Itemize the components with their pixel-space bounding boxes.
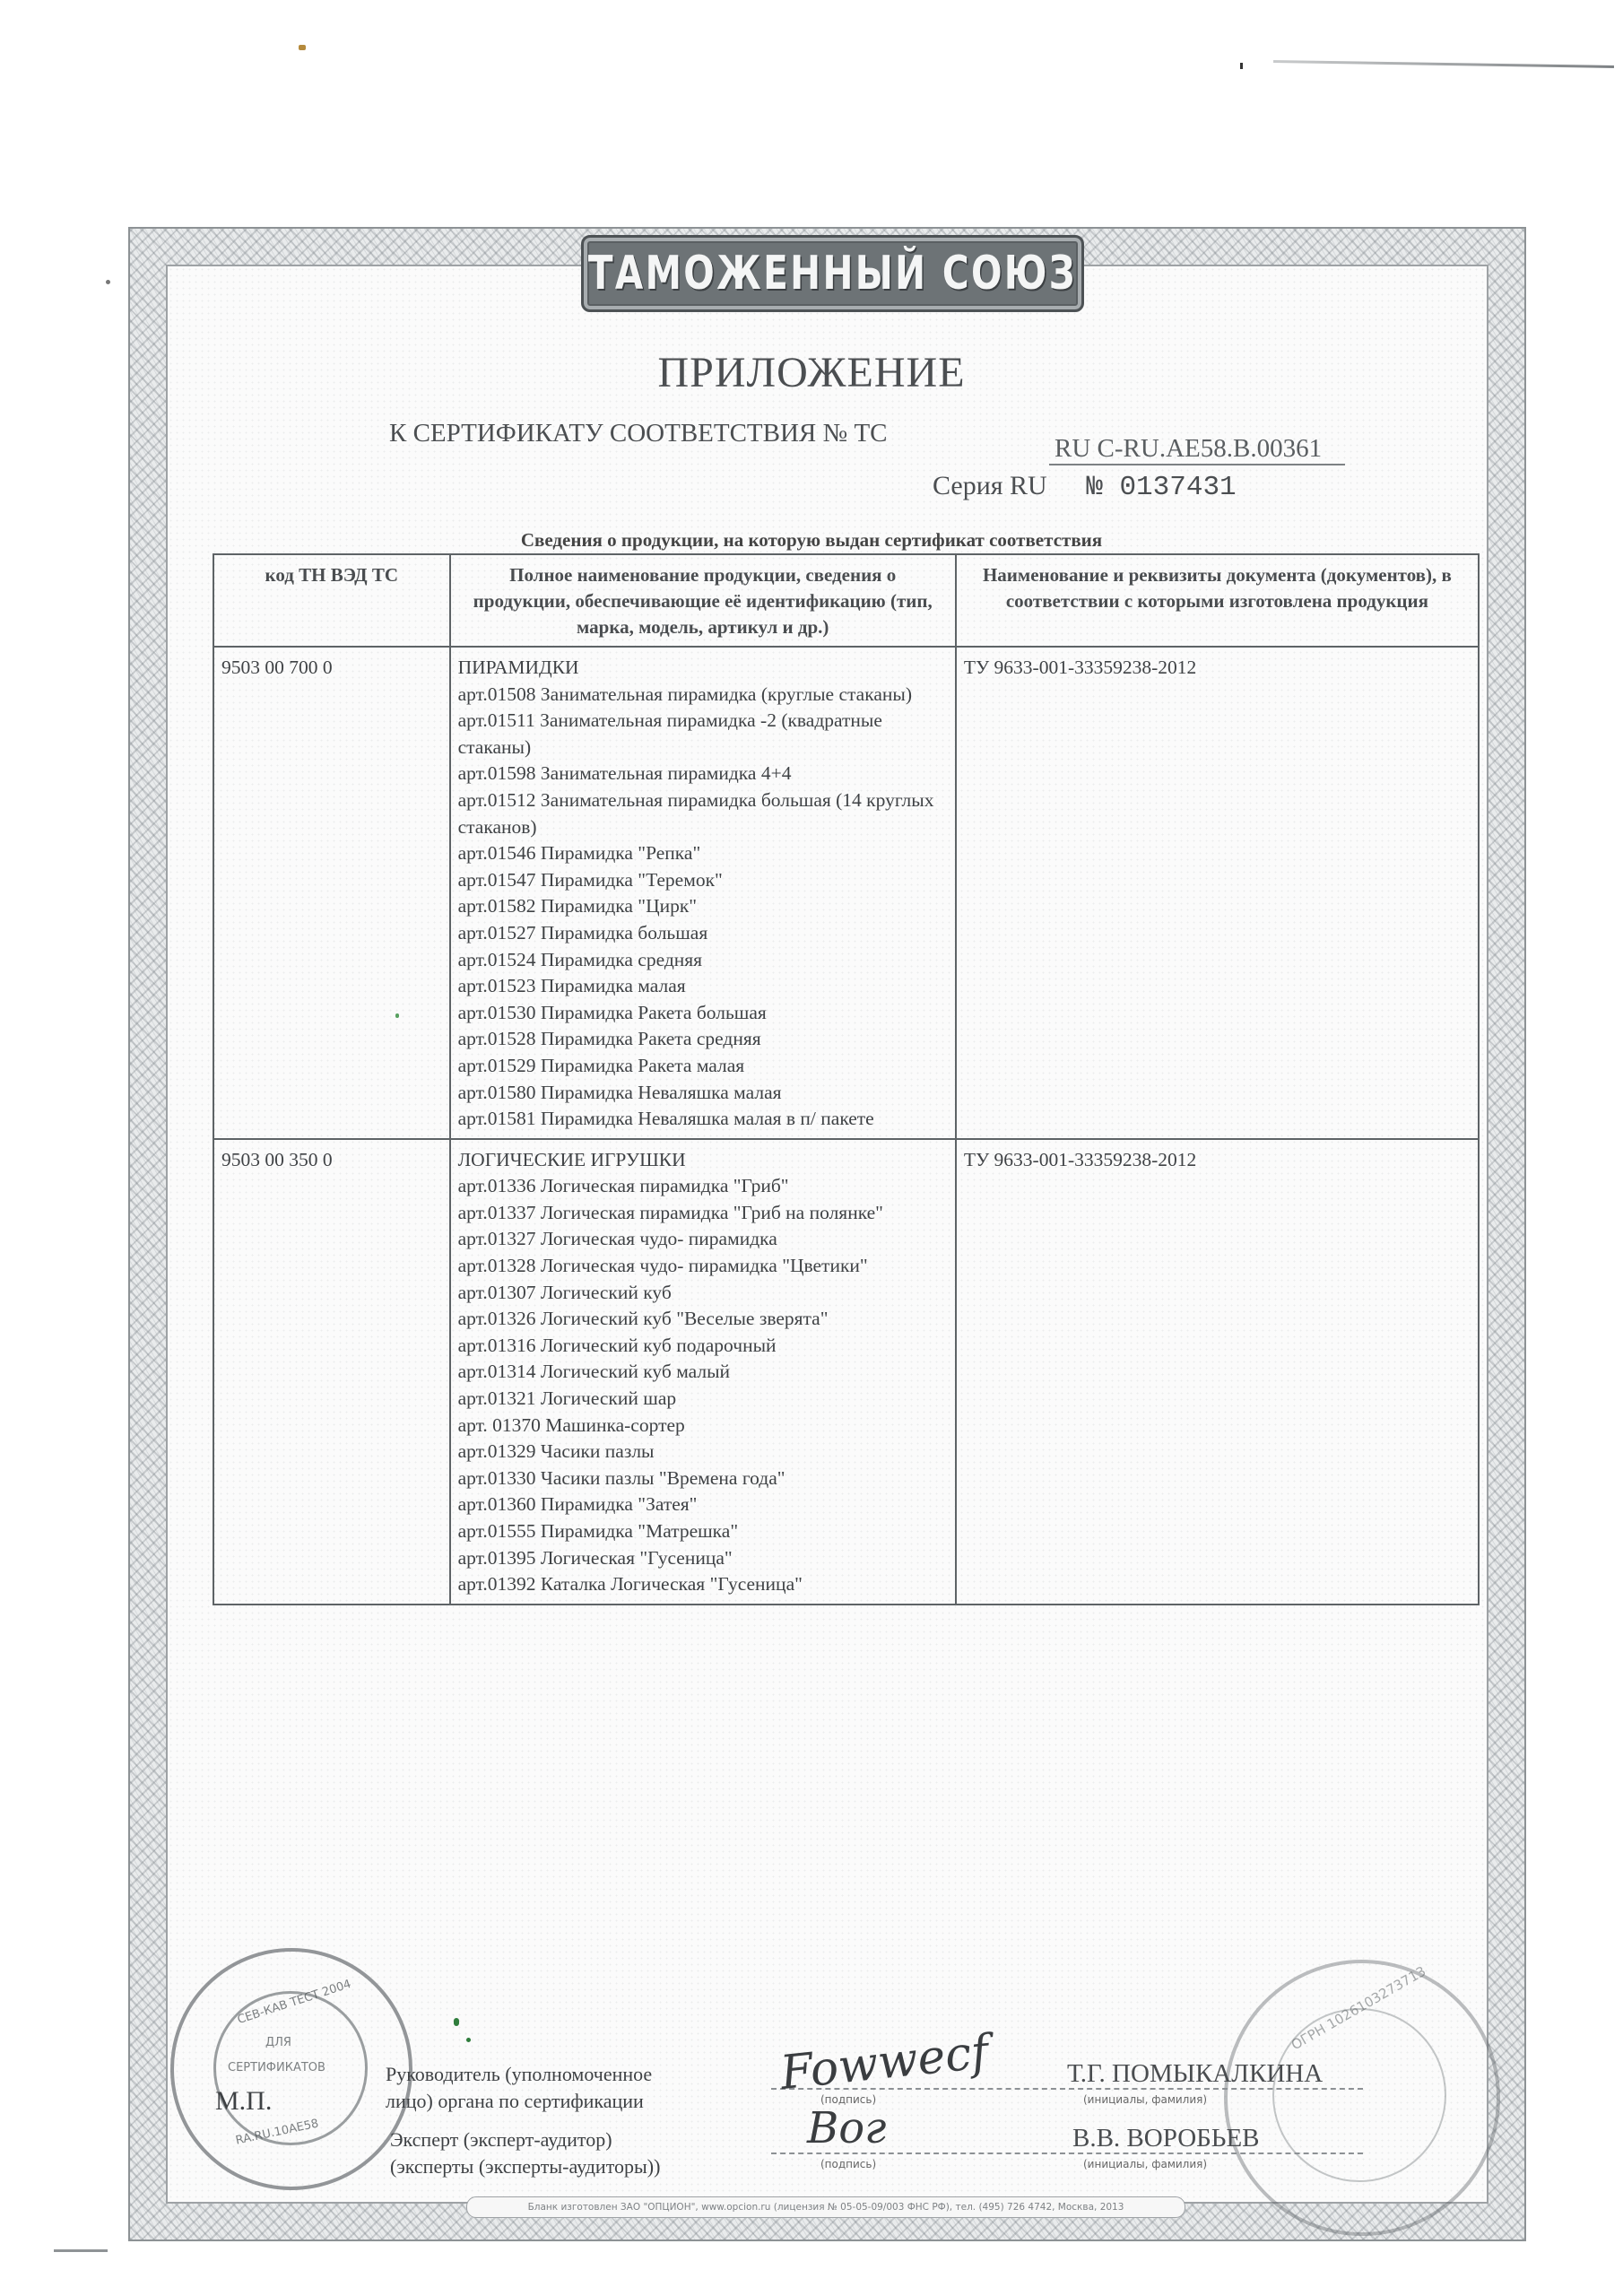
ink-speck [466,2038,471,2042]
cert-number-label: № ТС [823,419,888,448]
expert-name-caption: (инициалы, фамилия) [1083,2158,1207,2170]
stamp-text: СЕРТИФИКАТОВ [228,2061,325,2074]
product-table: код ТН ВЭД ТС Полное наименование продук… [213,553,1480,1605]
expert-signature-caption: (подпись) [820,2158,876,2170]
product-item: арт.01336 Логическая пирамидка "Гриб" [458,1173,948,1200]
product-item: арт.01316 Логический куб подарочный [458,1333,948,1360]
document-subtitle: К СЕРТИФИКАТУ СООТВЕТСТВИЯ № ТС [389,419,904,448]
product-item: арт.01337 Логическая пирамидка "Гриб на … [458,1200,948,1227]
head-label-line2: лицо) органа по сертификации [386,2090,644,2113]
printer-footer: Бланк изготовлен ЗАО "ОПЦИОН", www.opcio… [466,2196,1185,2218]
product-item: арт.01327 Логическая чудо- пирамидка [458,1226,948,1253]
product-item: арт.01546 Пирамидка "Репка" [458,840,948,867]
ink-speck [395,1013,399,1018]
scan-mark [54,2249,108,2252]
tnved-code-cell: 9503 00 350 0 [213,1139,450,1605]
certificate-number: RU C-RU.AE58.B.00361 [1049,434,1345,465]
banner-text: ТАМОЖЕННЫЙ СОЮЗ [588,247,1077,300]
product-item: арт.01395 Логическая "Гусеница" [458,1545,948,1572]
product-item: арт.01392 Каталка Логическая "Гусеница" [458,1571,948,1598]
product-item: арт.01580 Пирамидка Неваляшка малая [458,1080,948,1107]
seal-place-label: М.П. [215,2086,272,2117]
table-caption: Сведения о продукции, на которую выдан с… [0,529,1623,552]
product-item: арт.01547 Пирамидка "Теремок" [458,867,948,894]
product-name-cell: ПИРАМИДКИарт.01508 Занимательная пирамид… [450,647,956,1139]
expert-signature: Вог [807,2103,886,2153]
tnved-code-cell: 9503 00 700 0 [213,647,450,1139]
product-item: арт.01326 Логический куб "Веселые зверят… [458,1306,948,1333]
document-title: ПРИЛОЖЕНИЕ [0,348,1623,397]
product-item: арт.01582 Пирамидка "Цирк" [458,893,948,920]
product-item: арт.01314 Логический куб малый [458,1359,948,1386]
header-product-name: Полное наименование продукции, сведения … [450,554,956,647]
table-row: 9503 00 350 0ЛОГИЧЕСКИЕ ИГРУШКИарт.01336… [213,1139,1479,1605]
scan-mark [1240,63,1243,69]
expert-name: В.В. ВОРОБЬЕВ [1072,2124,1260,2153]
series-row: Серия RU № 0137431 [933,471,1237,503]
product-item: арт.01307 Логический куб [458,1280,948,1307]
document-cell: ТУ 9633-001-33359238-2012 [956,1139,1479,1605]
document-cell: ТУ 9633-001-33359238-2012 [956,647,1479,1139]
product-item: арт.01328 Логическая чудо- пирамидка "Цв… [458,1253,948,1280]
scan-mark [299,45,306,50]
product-group-title: ПИРАМИДКИ [458,655,948,682]
expert-label-line1: Эксперт (эксперт-аудитор) [390,2128,612,2152]
product-item: арт.01598 Занимательная пирамидка 4+4 [458,761,948,787]
head-label-line1: Руководитель (уполномоченное [386,2063,652,2086]
product-item: арт.01330 Часики пазлы "Времена года" [458,1465,948,1492]
product-item: арт. 01370 Машинка-сортер [458,1413,948,1439]
product-item: арт.01529 Пирамидка Ракета малая [458,1053,948,1080]
customs-union-banner: ТАМОЖЕННЫЙ СОЮЗ [581,235,1084,312]
product-name-cell: ЛОГИЧЕСКИЕ ИГРУШКИарт.01336 Логическая п… [450,1139,956,1605]
product-item: арт.01508 Занимательная пирамидка (кругл… [458,682,948,709]
ink-speck [454,2018,459,2026]
head-name: Т.Г. ПОМЫКАЛКИНА [1067,2059,1323,2089]
table-row: 9503 00 700 0ПИРАМИДКИарт.01508 Занимате… [213,647,1479,1139]
product-item: арт.01530 Пирамидка Ракета большая [458,1000,948,1027]
product-item: арт.01555 Пирамидка "Матрешка" [458,1518,948,1545]
product-item: арт.01581 Пирамидка Неваляшка малая в п/… [458,1106,948,1133]
expert-label-line2: (эксперты (эксперты-аудиторы)) [390,2155,660,2179]
product-item: арт.01523 Пирамидка малая [458,973,948,1000]
head-name-caption: (инициалы, фамилия) [1083,2093,1207,2106]
header-tnved-code: код ТН ВЭД ТС [213,554,450,647]
product-item: арт.01528 Пирамидка Ракета средняя [458,1026,948,1053]
scan-mark [106,280,110,284]
product-item: арт.01512 Занимательная пирамидка больша… [458,787,948,840]
product-item: арт.01527 Пирамидка большая [458,920,948,947]
product-item: арт.01329 Часики пазлы [458,1439,948,1465]
head-signature-caption: (подпись) [820,2093,876,2106]
product-item: арт.01511 Занимательная пирамидка -2 (кв… [458,708,948,761]
stamp-text: ДЛЯ [265,2036,291,2049]
scan-mark [1273,60,1614,68]
product-item: арт.01321 Логический шар [458,1386,948,1413]
product-item: арт.01524 Пирамидка средняя [458,947,948,974]
header-document: Наименование и реквизиты документа (доку… [956,554,1479,647]
product-item: арт.01360 Пирамидка "Затея" [458,1492,948,1518]
table-header-row: код ТН ВЭД ТС Полное наименование продук… [213,554,1479,647]
series-number: № 0137431 [1086,472,1236,503]
series-label: Серия RU [933,471,1047,500]
product-group-title: ЛОГИЧЕСКИЕ ИГРУШКИ [458,1147,948,1174]
subtitle-text: К СЕРТИФИКАТУ СООТВЕТСТВИЯ [389,419,816,448]
